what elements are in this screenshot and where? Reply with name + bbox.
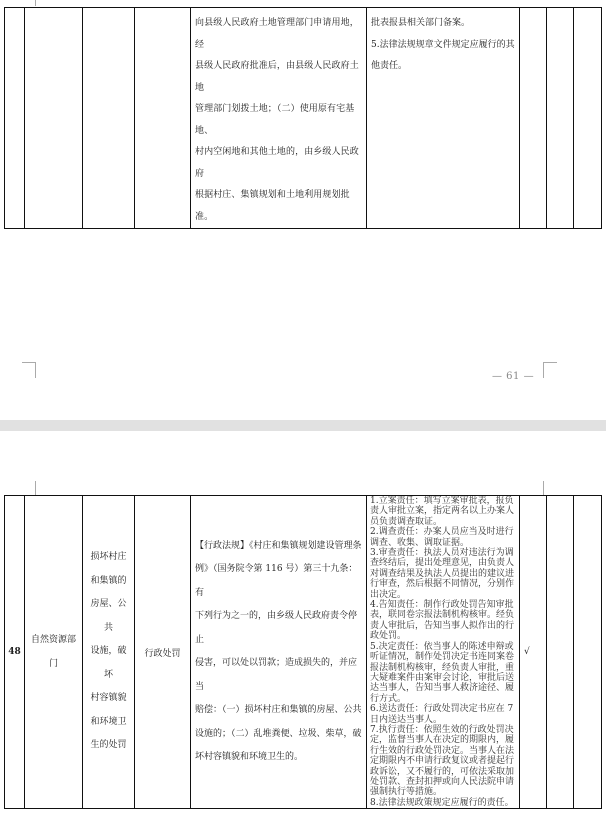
item-name-line: 生的处罚 [87, 734, 130, 758]
mark-cell-3 [574, 496, 602, 809]
item-name-line: 房屋、公共 [87, 593, 130, 640]
crop-mark-left-h [22, 362, 36, 363]
responsibility-item: 6.送达责任：行政处罚决定书应在 7 日内送达当事人。 [370, 704, 516, 725]
crop-mark-right-v [543, 362, 544, 378]
department-line: 自然资源部 [31, 628, 76, 652]
table-row: 向县级人民政府土地管理部门申请用地，经 县级人民政府批准后，由县级人民政府土地 … [5, 8, 602, 229]
basis-line: 县级人民政府批准后，由县级人民政府土地 [195, 56, 362, 99]
category-cell: 行政处罚 [135, 496, 191, 809]
page-62: 48 自然资源部 门 损坏村庄 和集镇的 房屋、公共 设施，破坏 村容镇貌 和环… [0, 431, 606, 814]
department-cell: 自然资源部 门 [25, 496, 83, 809]
item-name-line: 设施，破坏 [87, 640, 130, 687]
responsibility-item: 4.告知责任：制作行政处罚告知审批表，联同卷宗报法制机构核审。经负责人审批后，告… [370, 600, 516, 642]
mark-cell-3 [574, 8, 602, 229]
basis-line: 坏村容镇貌和环境卫生的。 [195, 746, 363, 770]
page-61: 向县级人民政府土地管理部门申请用地，经 县级人民政府批准后，由县级人民政府土地 … [0, 0, 606, 420]
index-cell: 48 [5, 496, 25, 809]
category-cell [135, 8, 191, 229]
crop-mark-right-v [543, 481, 544, 496]
item-name-cell [83, 8, 135, 229]
page-separator [0, 420, 606, 431]
responsibility-item: 7.执行责任：依照生效的行政处罚决定，监督当事人在决定的期限内，履行生效的行政处… [370, 725, 516, 798]
responsibility-line: 他责任。 [371, 56, 515, 78]
department-cell [25, 8, 83, 229]
rights-table: 48 自然资源部 门 损坏村庄 和集镇的 房屋、公共 设施，破坏 村容镇貌 和环… [4, 495, 602, 809]
basis-line: 向县级人民政府土地管理部门申请用地，经 [195, 13, 362, 56]
basis-line: 设施的；（二）乱堆粪便、垃圾、柴草，破 [195, 723, 363, 747]
check-mark-icon: √ [520, 496, 547, 809]
crop-mark-left-v [35, 481, 36, 496]
responsibility-item: 8.法律法规政策规定应履行的责任。 [370, 798, 516, 808]
mark-cell-2 [547, 8, 574, 229]
crop-mark-top-left [35, 0, 36, 6]
responsibility-item: 2.调查责任：办案人员应当及时进行调查、收集、调取证据。 [370, 527, 516, 548]
page-number: — 61 — [492, 371, 534, 382]
mark-cell-1 [520, 8, 547, 229]
basis-line: 赔偿：（一）损坏村庄和集镇的房屋、公共 [195, 699, 363, 723]
basis-line: 村内空闲地和其他土地的，由乡级人民政府 [195, 142, 362, 185]
responsibility-item: 3.审查责任：执法人员对违法行为调查终结后，提出处理意见，由负责人对调查结果及执… [370, 548, 516, 600]
legal-basis-cell: 【行政法规】《村庄和集镇规划建设管理条 例》（国务院令第 116 号）第三十九条… [191, 496, 367, 809]
table-row: 48 自然资源部 门 损坏村庄 和集镇的 房屋、公共 设施，破坏 村容镇貌 和环… [5, 496, 602, 809]
item-name-line: 村容镇貌 [87, 687, 130, 711]
responsibility-line: 5.法律法规规章文件规定应履行的其 [371, 35, 515, 57]
responsibility-cell: 批表报县相关部门备案。 5.法律法规规章文件规定应履行的其 他责任。 [367, 8, 520, 229]
responsibility-line: 批表报县相关部门备案。 [371, 13, 515, 35]
basis-line: 管理部门划拨土地；（二）使用原有宅基地、 [195, 99, 362, 142]
crop-mark-right-h [543, 362, 557, 363]
legal-basis-cell: 向县级人民政府土地管理部门申请用地，经 县级人民政府批准后，由县级人民政府土地 … [191, 8, 367, 229]
basis-line: 根据村庄、集镇规划和土地利用规划批准。 [195, 185, 362, 228]
rights-table-continued: 向县级人民政府土地管理部门申请用地，经 县级人民政府批准后，由县级人民政府土地 … [4, 7, 602, 229]
crop-mark-left-v [35, 362, 36, 378]
mark-cell-2 [547, 496, 574, 809]
basis-line: 例》（国务院令第 116 号）第三十九条：有 [195, 558, 363, 605]
basis-line: 下列行为之一的，由乡级人民政府责令停止 [195, 605, 363, 652]
item-name-line: 损坏村庄 [87, 546, 130, 570]
item-name-line: 和环境卫 [87, 711, 130, 735]
item-name-line: 和集镇的 [87, 570, 130, 594]
department-line: 门 [31, 652, 76, 676]
item-name-cell: 损坏村庄 和集镇的 房屋、公共 设施，破坏 村容镇貌 和环境卫 生的处罚 [83, 496, 135, 809]
basis-line: 【行政法规】《村庄和集镇规划建设管理条 [195, 535, 363, 559]
index-cell [5, 8, 25, 229]
responsibility-item: 1.立案责任：填写立案审批表，报负责人审批立案，指定两名以上办案人员负责调查取证… [370, 496, 516, 527]
basis-line: 侵害，可以处以罚款；造成损失的，并应当 [195, 652, 363, 699]
responsibility-cell: 1.立案责任：填写立案审批表，报负责人审批立案，指定两名以上办案人员负责调查取证… [367, 496, 520, 809]
responsibility-item: 5.决定责任：依当事人的陈述申辩或听证情况，制作处罚决定书连同案卷报法制机构核审… [370, 642, 516, 704]
